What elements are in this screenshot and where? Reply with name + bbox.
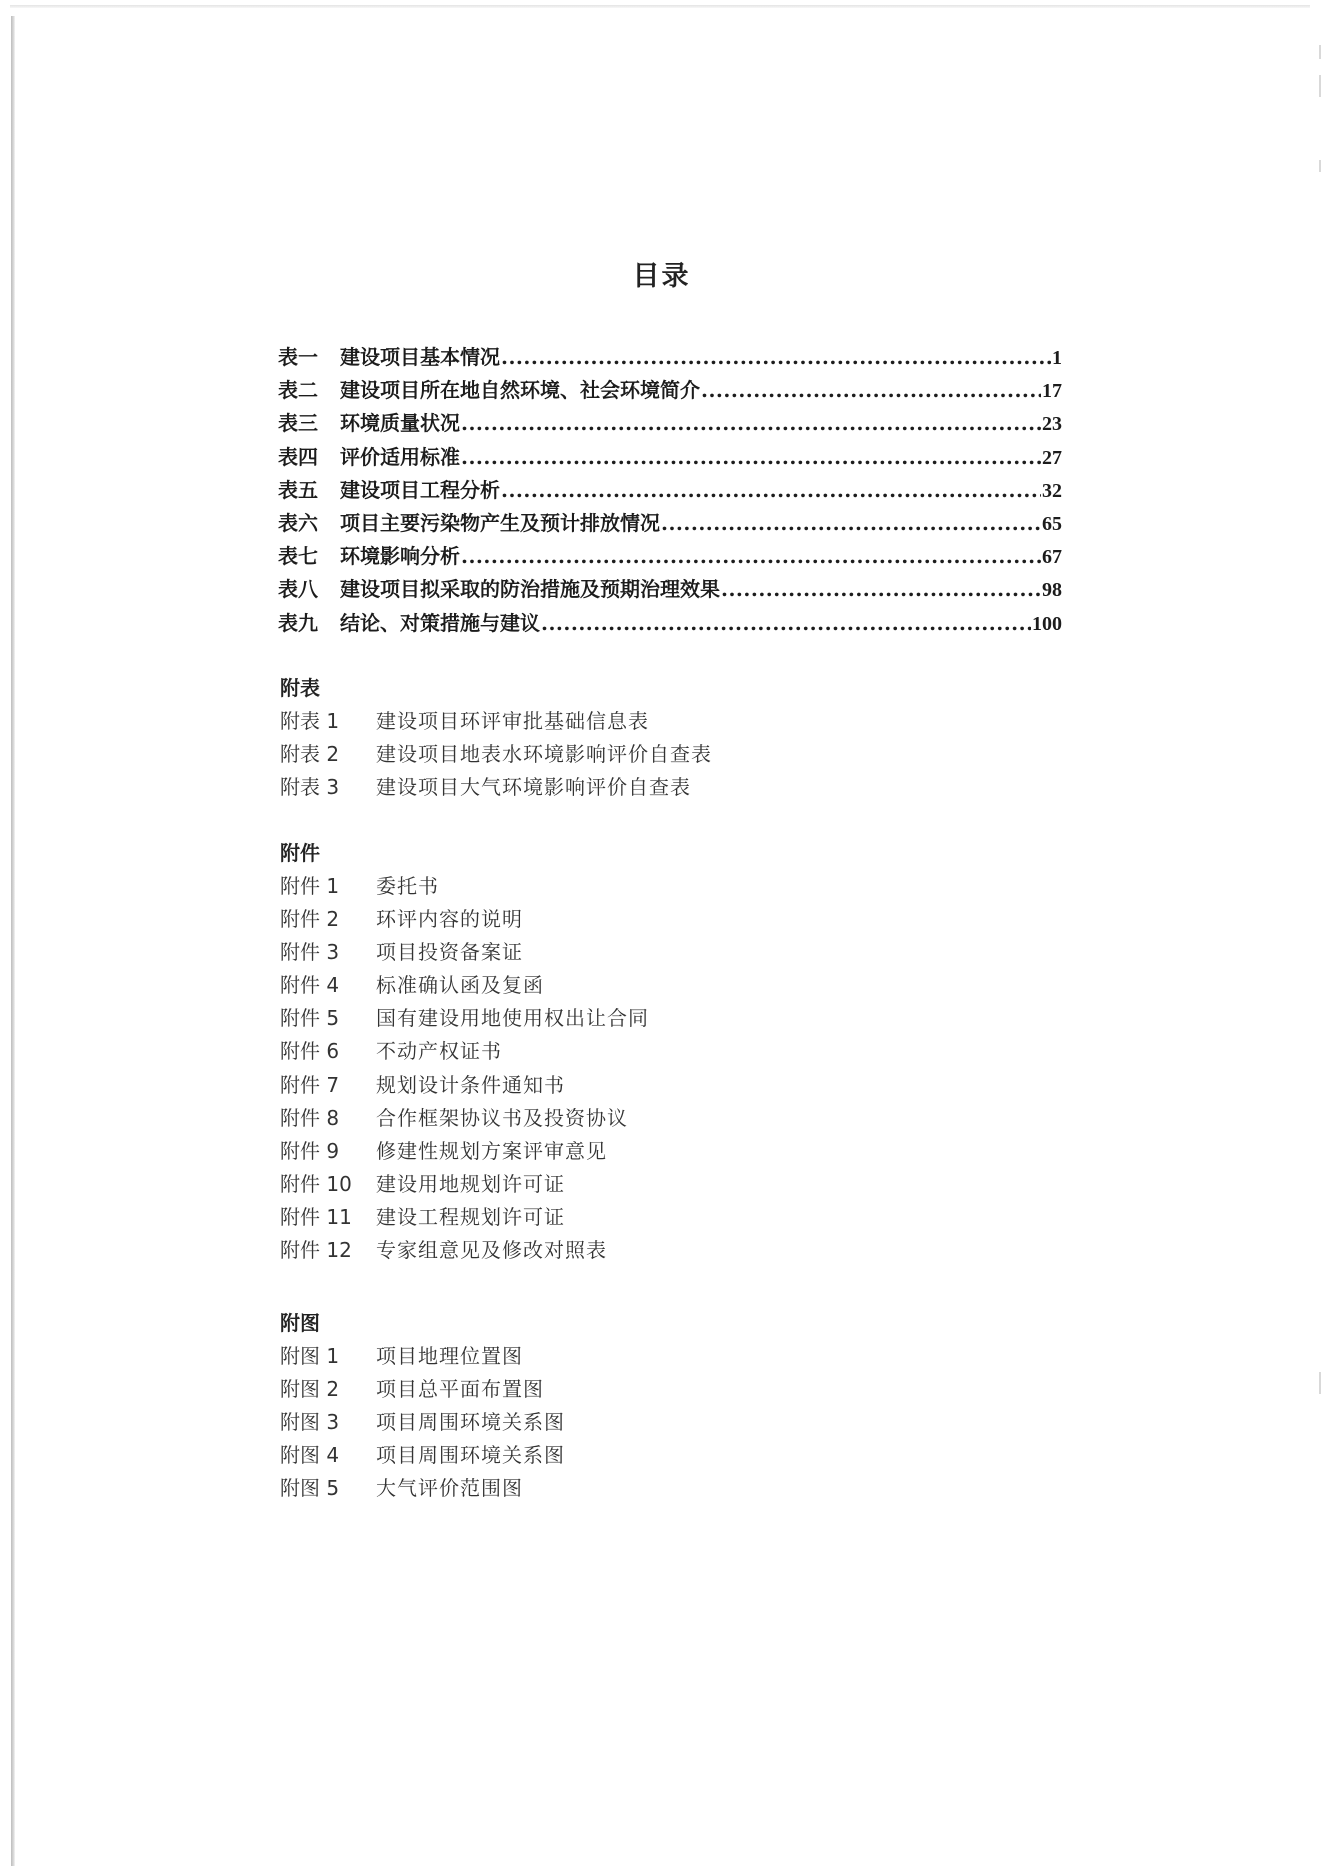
section-heading: 附表 [280,672,712,705]
item-label: 附件 7 [280,1069,376,1102]
toc-entry-page: 27 [1042,447,1062,470]
toc-entry-page: 67 [1042,546,1062,569]
item-label: 附件 2 [280,903,376,936]
dot-leader [541,611,1031,635]
toc-entry[interactable]: 表一 建设项目基本情况 1 [278,341,1062,374]
toc-entry-title: 环境质量状况 [340,407,460,436]
toc-entry-page: 23 [1042,413,1062,436]
dot-leader [461,411,1041,435]
item-label: 附表 2 [280,738,376,771]
item-label: 附件 9 [280,1135,376,1168]
item-text: 标准确认函及复函 [376,969,544,1002]
item-label: 附件 3 [280,936,376,969]
item-label: 附图 4 [280,1439,376,1472]
toc-entry-page: 98 [1042,579,1062,602]
item-text: 项目周围环境关系图 [376,1406,565,1439]
toc-entry-page: 17 [1042,380,1062,403]
toc-entry-number: 表四 [278,441,340,470]
toc-entry-number: 表二 [278,374,340,403]
item-text: 建设项目地表水环境影响评价自查表 [376,738,712,771]
attachments-section: 附件 附件 1 委托书 附件 2 环评内容的说明 附件 3 项目投资备案证 附件… [280,837,649,1267]
toc-entry-page: 65 [1042,513,1062,536]
item-label: 附件 11 [280,1201,376,1234]
list-item[interactable]: 附件 6 不动产权证书 [280,1035,649,1068]
item-text: 大气评价范围图 [376,1472,523,1505]
toc-entry-page: 100 [1032,613,1062,636]
toc-entry-number: 表三 [278,407,340,436]
dot-leader [701,378,1041,402]
item-text: 建设项目环评审批基础信息表 [376,705,649,738]
list-item[interactable]: 附图 3 项目周围环境关系图 [280,1406,565,1439]
item-text: 项目周围环境关系图 [376,1439,565,1472]
scan-edge-left [11,16,15,1866]
item-label: 附件 10 [280,1168,376,1201]
item-label: 附图 3 [280,1406,376,1439]
list-item[interactable]: 附件 12 专家组意见及修改对照表 [280,1234,649,1267]
section-heading: 附件 [280,837,649,870]
toc-entry-title: 建设项目拟采取的防治措施及预期治理效果 [340,573,720,602]
toc-entry-number: 表六 [278,507,340,536]
dot-leader [461,544,1041,568]
list-item[interactable]: 附件 3 项目投资备案证 [280,936,649,969]
item-text: 合作框架协议书及投资协议 [376,1102,628,1135]
toc-entry[interactable]: 表七 环境影响分析 67 [278,540,1062,573]
list-item[interactable]: 附件 10 建设用地规划许可证 [280,1168,649,1201]
table-of-contents: 表一 建设项目基本情况 1 表二 建设项目所在地自然环境、社会环境简介 17 表… [278,341,1062,640]
toc-entry-number: 表七 [278,540,340,569]
toc-entry[interactable]: 表六 项目主要污染物产生及预计排放情况 65 [278,507,1062,540]
toc-entry-title: 结论、对策措施与建议 [340,607,540,636]
list-item[interactable]: 附表 1 建设项目环评审批基础信息表 [280,705,712,738]
item-label: 附件 12 [280,1234,376,1267]
scan-mark [1319,1372,1321,1394]
item-label: 附表 1 [280,705,376,738]
list-item[interactable]: 附表 3 建设项目大气环境影响评价自查表 [280,771,712,804]
item-text: 建设用地规划许可证 [376,1168,565,1201]
item-label: 附件 5 [280,1002,376,1035]
dot-leader [461,445,1041,469]
list-item[interactable]: 附件 1 委托书 [280,870,649,903]
list-item[interactable]: 附图 5 大气评价范围图 [280,1472,565,1505]
item-text: 项目地理位置图 [376,1340,523,1373]
toc-entry-title: 项目主要污染物产生及预计排放情况 [340,507,660,536]
item-text: 建设项目大气环境影响评价自查表 [376,771,691,804]
dot-leader [501,478,1041,502]
item-label: 附件 6 [280,1035,376,1068]
toc-entry-number: 表一 [278,341,340,370]
item-label: 附件 8 [280,1102,376,1135]
item-text: 国有建设用地使用权出让合同 [376,1002,649,1035]
toc-entry[interactable]: 表三 环境质量状况 23 [278,407,1062,440]
list-item[interactable]: 附图 2 项目总平面布置图 [280,1373,565,1406]
toc-entry-page: 32 [1042,480,1062,503]
item-text: 建设工程规划许可证 [376,1201,565,1234]
list-item[interactable]: 附件 9 修建性规划方案评审意见 [280,1135,649,1168]
list-item[interactable]: 附图 1 项目地理位置图 [280,1340,565,1373]
toc-entry[interactable]: 表四 评价适用标准 27 [278,441,1062,474]
scan-mark [1319,75,1321,97]
scan-edge-top [10,5,1310,8]
toc-entry-title: 建设项目基本情况 [340,341,500,370]
page-title: 目录 [0,254,1323,293]
toc-entry[interactable]: 表五 建设项目工程分析 32 [278,474,1062,507]
item-text: 项目投资备案证 [376,936,523,969]
list-item[interactable]: 附件 2 环评内容的说明 [280,903,649,936]
dot-leader [721,577,1041,601]
item-text: 项目总平面布置图 [376,1373,544,1406]
toc-entry-number: 表八 [278,573,340,602]
toc-entry-page: 1 [1052,347,1062,370]
toc-entry[interactable]: 表八 建设项目拟采取的防治措施及预期治理效果 98 [278,573,1062,606]
list-item[interactable]: 附件 11 建设工程规划许可证 [280,1201,649,1234]
item-label: 附图 1 [280,1340,376,1373]
toc-entry-title: 建设项目所在地自然环境、社会环境简介 [340,374,700,403]
item-text: 专家组意见及修改对照表 [376,1234,607,1267]
item-text: 环评内容的说明 [376,903,523,936]
item-text: 不动产权证书 [376,1035,502,1068]
item-label: 附件 4 [280,969,376,1002]
list-item[interactable]: 附表 2 建设项目地表水环境影响评价自查表 [280,738,712,771]
list-item[interactable]: 附图 4 项目周围环境关系图 [280,1439,565,1472]
appendix-tables-section: 附表 附表 1 建设项目环评审批基础信息表 附表 2 建设项目地表水环境影响评价… [280,672,712,804]
item-label: 附图 2 [280,1373,376,1406]
item-text: 修建性规划方案评审意见 [376,1135,607,1168]
list-item[interactable]: 附件 8 合作框架协议书及投资协议 [280,1102,649,1135]
item-text: 规划设计条件通知书 [376,1069,565,1102]
scan-mark [1319,45,1321,59]
toc-entry-title: 建设项目工程分析 [340,474,500,503]
dot-leader [501,345,1051,369]
toc-entry-number: 表九 [278,607,340,636]
appendix-figures-section: 附图 附图 1 项目地理位置图 附图 2 项目总平面布置图 附图 3 项目周围环… [280,1307,565,1505]
item-label: 附表 3 [280,771,376,804]
toc-entry[interactable]: 表九 结论、对策措施与建议 100 [278,607,1062,640]
dot-leader [661,511,1041,535]
toc-entry-number: 表五 [278,474,340,503]
section-heading: 附图 [280,1307,565,1340]
toc-entry[interactable]: 表二 建设项目所在地自然环境、社会环境简介 17 [278,374,1062,407]
item-label: 附件 1 [280,870,376,903]
item-label: 附图 5 [280,1472,376,1505]
item-text: 委托书 [376,870,439,903]
list-item[interactable]: 附件 7 规划设计条件通知书 [280,1069,649,1102]
toc-entry-title: 环境影响分析 [340,540,460,569]
list-item[interactable]: 附件 4 标准确认函及复函 [280,969,649,1002]
scan-mark [1319,160,1321,172]
list-item[interactable]: 附件 5 国有建设用地使用权出让合同 [280,1002,649,1035]
toc-entry-title: 评价适用标准 [340,441,460,470]
